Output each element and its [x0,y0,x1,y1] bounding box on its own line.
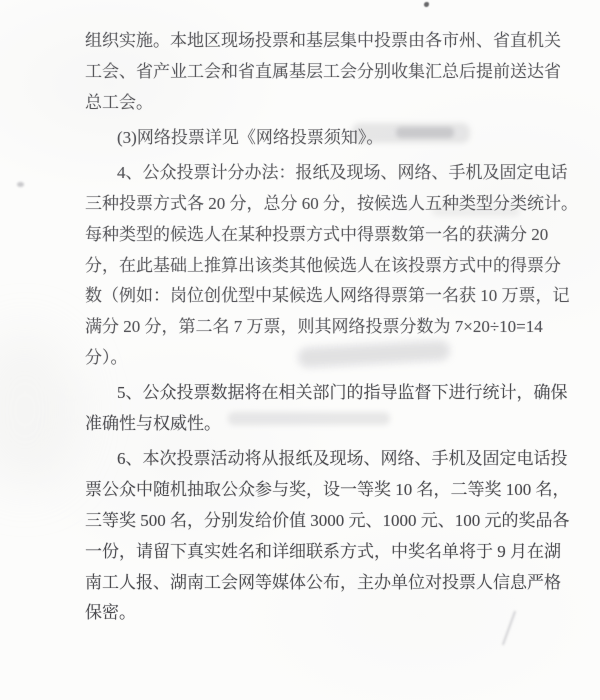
text-line: 满分 20 分，第二名 7 万票，则其网络投票分数为 7×20÷10=14 [85,312,531,343]
paragraph-lottery-prizes: 6、本次投票活动将从报纸及现场、网络、手机及固定电话投 票公众中随机抽取公众参与… [85,444,531,629]
paragraph-scoring-method: 4、公众投票计分办法：报纸及现场、网络、手机及固定电话 三种投票方式各 20 分… [85,158,531,374]
text-line: 4、公众投票计分办法：报纸及现场、网络、手机及固定电话 [85,158,531,189]
text-line: 分，在此基础上推算出该类其他候选人在该投票方式中的得票分 [85,251,531,282]
text-line: 准确性与权威性。 [85,409,531,440]
text-line: 每种类型的候选人在某种投票方式中得票数第一名的获满分 20 [85,220,531,251]
text-line: 南工人报、湖南工会网等媒体公布，主办单位对投票人信息严格 [85,568,531,599]
text-line: 分）。 [85,343,531,374]
document-body: 组织实施。本地区现场投票和基层集中投票由各市州、省直机关 工会、省产业工会和省直… [85,26,531,634]
text-line: 组织实施。本地区现场投票和基层集中投票由各市州、省直机关 [85,26,531,57]
text-line: 保密。 [85,598,531,629]
text-line: 5、公众投票数据将在相关部门的指导监督下进行统计，确保 [85,378,531,409]
text-line: 总工会。 [85,88,531,119]
text-line: 三种投票方式各 20 分，总分 60 分，按候选人五种类型分类统计。 [85,189,531,220]
paragraph-online-voting-notice: (3)网络投票详见《网络投票须知》。 [85,123,531,154]
scan-speck [424,2,429,7]
text-line: 数（例如：岗位创优型中某候选人网络得票第一名获 10 万票，记 [85,281,531,312]
text-line: (3)网络投票详见《网络投票须知》。 [85,123,531,154]
scan-speck [17,182,24,187]
paragraph-organize-implementation: 组织实施。本地区现场投票和基层集中投票由各市州、省直机关 工会、省产业工会和省直… [85,26,531,118]
scan-shading [0,330,80,490]
text-line: 票公众中随机抽取公众参与奖，设一等奖 10 名，二等奖 100 名， [85,475,531,506]
text-line: 三等奖 500 名，分别发给价值 3000 元、1000 元、100 元的奖品各 [85,506,531,537]
paragraph-data-supervision: 5、公众投票数据将在相关部门的指导监督下进行统计，确保 准确性与权威性。 [85,378,531,440]
text-line: 工会、省产业工会和省直属基层工会分别收集汇总后提前送达省 [85,57,531,88]
text-line: 6、本次投票活动将从报纸及现场、网络、手机及固定电话投 [85,444,531,475]
scanned-document-page: 组织实施。本地区现场投票和基层集中投票由各市州、省直机关 工会、省产业工会和省直… [0,0,600,700]
text-line: 一份，请留下真实姓名和详细联系方式，中奖名单将于 9 月在湖 [85,537,531,568]
